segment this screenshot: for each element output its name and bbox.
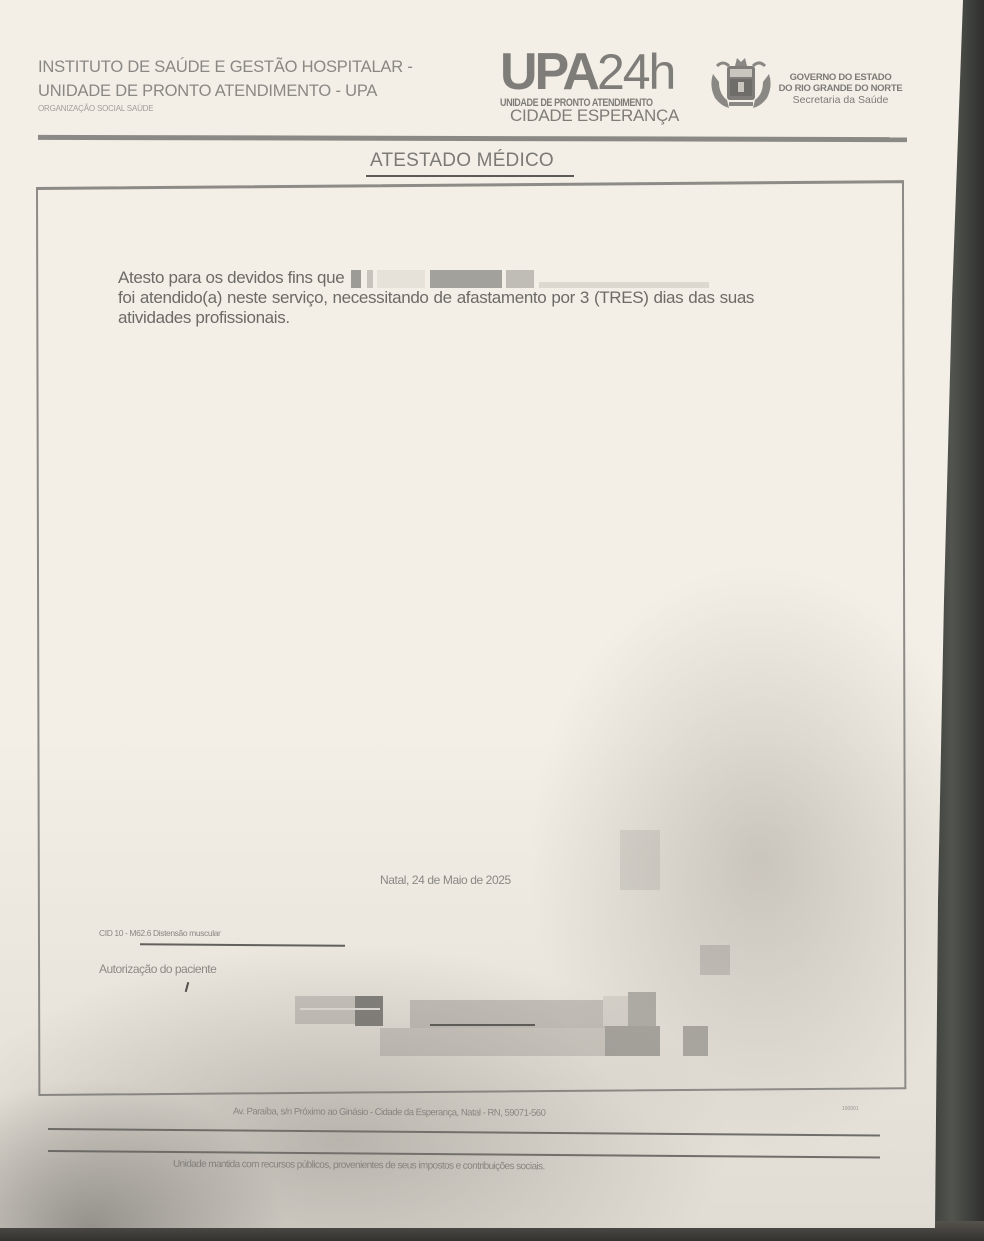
patient-authorization-label: Autorização do paciente xyxy=(99,962,216,976)
signature-line xyxy=(430,1024,535,1026)
place-and-date: Natal, 24 de Maio de 2025 xyxy=(380,873,511,887)
attestation-prefix: Atesto para os devidos fins que xyxy=(118,268,344,287)
footer-divider-top xyxy=(48,1128,880,1137)
body-line-2: foi atendido(a) neste serviço, necessita… xyxy=(118,288,860,308)
state-government-label: GOVERNO DO ESTADO DO RIO GRANDE DO NORTE… xyxy=(773,72,908,106)
redaction-block xyxy=(430,270,502,288)
state-coat-of-arms-icon xyxy=(707,52,775,112)
footer-address: Av. Paraíba, s/n Próximo ao Ginásio - Ci… xyxy=(233,1106,545,1119)
certificate-body: Atesto para os devidos fins que foi aten… xyxy=(118,268,860,328)
upa-unit-name: CIDADE ESPERANÇA xyxy=(500,109,700,123)
footer-divider-bottom xyxy=(48,1150,880,1159)
title-underline xyxy=(366,175,574,177)
health-secretariat: Secretaria da Saúde xyxy=(773,94,908,106)
patient-name-redacted xyxy=(351,270,361,288)
upa-logo-mark: UPA24h xyxy=(500,48,700,96)
unit-name: UNIDADE DE PRONTO ATENDIMENTO - UPA xyxy=(38,79,413,103)
redaction-block xyxy=(605,1026,660,1056)
header-divider xyxy=(38,135,907,142)
upa-logo-text: UPA xyxy=(500,48,597,96)
footer-code: 100001 xyxy=(842,1106,859,1112)
body-line-1: Atesto para os devidos fins que xyxy=(118,268,860,288)
institution-header: INSTITUTO DE SAÚDE E GESTÃO HOSPITALAR -… xyxy=(38,55,413,116)
cid-diagnosis: CID 10 - M62.6 Distensão muscular xyxy=(99,928,220,938)
redaction-block xyxy=(683,1026,708,1056)
redaction-block xyxy=(380,1028,610,1056)
document-title: ATESTADO MÉDICO xyxy=(370,150,554,172)
upa-subtitle: UNIDADE DE PRONTO ATENDIMENTO xyxy=(500,98,664,109)
medical-certificate-paper: INSTITUTO DE SAÚDE E GESTÃO HOSPITALAR -… xyxy=(0,0,984,1228)
upa-logo: UPA24h UNIDADE DE PRONTO ATENDIMENTO CID… xyxy=(500,48,700,123)
redaction-block xyxy=(700,945,730,975)
redaction-block xyxy=(300,1008,380,1010)
organization-type: ORGANIZAÇÃO SOCIAL SAÚDE xyxy=(38,102,413,116)
institution-name: INSTITUTO DE SAÚDE E GESTÃO HOSPITALAR - xyxy=(38,55,413,79)
redaction-block xyxy=(295,996,355,1024)
government-line2: DO RIO GRANDE DO NORTE xyxy=(773,83,908,94)
redaction-block xyxy=(367,270,373,288)
redaction-block xyxy=(355,996,383,1026)
body-line-3: atividades profissionais. xyxy=(118,308,860,328)
upa-logo-24h: 24h xyxy=(597,48,674,96)
redaction-block xyxy=(620,830,660,890)
government-line1: GOVERNO DO ESTADO xyxy=(773,72,908,83)
redaction-block xyxy=(506,270,534,288)
footer-note: Unidade mantida com recursos públicos, p… xyxy=(173,1159,545,1173)
redaction-block xyxy=(628,992,656,1028)
redaction-block xyxy=(377,270,425,288)
